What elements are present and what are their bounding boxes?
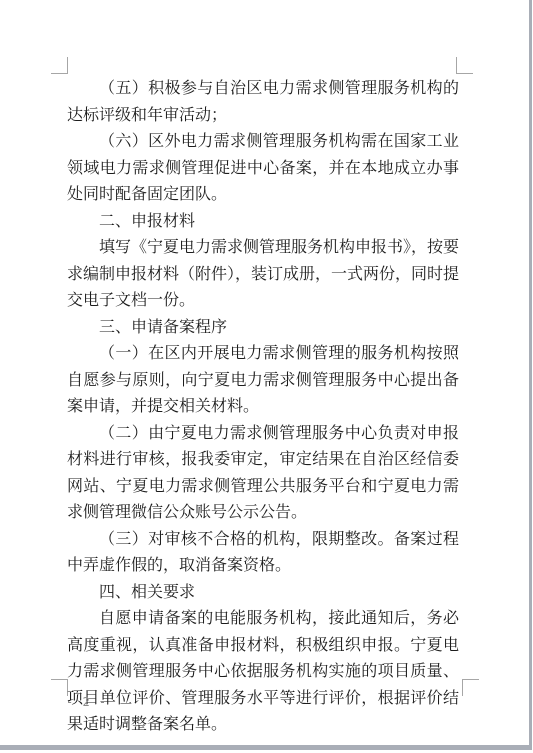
section-heading: 二、申报材料	[67, 209, 459, 236]
document-page: （五）积极参与自治区电力需求侧管理服务机构的达标评级和年审活动；（六）区外电力需…	[0, 0, 533, 753]
paragraph: （一）在区内开展电力需求侧管理的服务机构按照自愿参与原则，向宁夏电力需求侧管理服…	[67, 341, 459, 421]
page-edge-shadow-bottom	[0, 745, 532, 750]
crop-mark-top-left	[51, 57, 68, 74]
crop-mark-bottom-right	[462, 679, 479, 696]
paragraph: （三）对审核不合格的机构，限期整改。备案过程中弄虚作假的，取消备案资格。	[67, 527, 459, 580]
page-number: - 2 -	[66, 695, 107, 709]
crop-mark-top-right	[456, 57, 473, 74]
crop-mark-bottom-left	[51, 679, 68, 696]
section-heading: 三、申请备案程序	[67, 315, 459, 342]
paragraph: 自愿申请备案的电能服务机构，接此通知后，务必高度重视，认真准备申报材料，积极组织…	[67, 606, 459, 739]
paragraph: 填写《宁夏电力需求侧管理服务机构申报书》，按要求编制申报材料（附件），装订成册，…	[67, 235, 459, 315]
page-edge-shadow-right	[529, 0, 532, 750]
paragraph: （五）积极参与自治区电力需求侧管理服务机构的达标评级和年审活动；	[67, 76, 459, 129]
section-heading: 四、相关要求	[67, 580, 459, 607]
document-body: （五）积极参与自治区电力需求侧管理服务机构的达标评级和年审活动；（六）区外电力需…	[67, 76, 459, 739]
paragraph: （六）区外电力需求侧管理服务机构需在国家工业领域电力需求侧管理促进中心备案，并在…	[67, 129, 459, 209]
paragraph: （二）由宁夏电力需求侧管理服务中心负责对申报材料进行审核，报我委审定，审定结果在…	[67, 421, 459, 527]
